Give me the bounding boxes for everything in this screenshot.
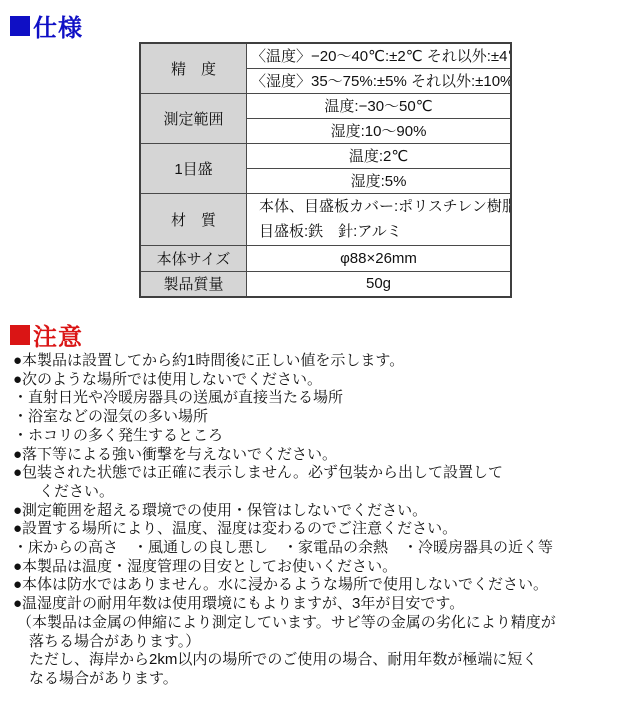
spec-table: 精 度 〈温度〉−20〜40℃:±2℃ それ以外:±4℃ 〈湿度〉35〜75%:… (139, 42, 512, 298)
notice-line: ・浴室などの湿気の多い場所 (13, 408, 635, 427)
table-row: 測定範囲 温度:−30〜50℃ (140, 93, 511, 118)
notice-line: ●測定範囲を超える環境での使用・保管はしないでください。 (13, 502, 635, 521)
notice-line: （本製品は金属の伸縮により測定しています。サビ等の金属の劣化により精度が (13, 614, 635, 633)
spec-value-weight: 50g (247, 271, 512, 297)
notice-section-heading: 注意 (10, 317, 83, 352)
notice-line: なる場合があります。 (13, 670, 635, 689)
notice-line: ●落下等による強い衝撃を与えないでください。 (13, 446, 635, 465)
spec-value-range-humidity: 湿度:10〜90% (247, 118, 512, 143)
spec-value-graduation-temp: 温度:2℃ (247, 143, 512, 168)
table-row: 製品質量 50g (140, 271, 511, 297)
notice-heading-label: 注意 (33, 317, 83, 352)
spec-value-body-size: φ88×26mm (247, 245, 512, 271)
spec-value-material-line1: 本体、目盛板カバー:ポリスチレン樹脂 (259, 194, 506, 219)
notice-line: ●本体は防水ではありません。水に浸かるような場所で使用しないでください。 (13, 576, 635, 595)
spec-value-material: 本体、目盛板カバー:ポリスチレン樹脂 目盛板:鉄 針:アルミ (247, 193, 512, 245)
notice-line: ・直射日光や冷暖房器具の送風が直接当たる場所 (13, 389, 635, 408)
spec-label-material: 材 質 (140, 193, 247, 245)
notice-line: ●本製品は温度・湿度管理の目安としてお使いください。 (13, 558, 635, 577)
spec-section-heading: 仕様 (10, 8, 83, 43)
spec-value-accuracy-temp: 〈温度〉−20〜40℃:±2℃ それ以外:±4℃ (247, 43, 512, 68)
spec-label-range: 測定範囲 (140, 93, 247, 143)
notice-line: ただし、海岸から2km以内の場所でのご使用の場合、耐用年数が極端に短く (13, 651, 635, 670)
notice-line: ●包装された状態では正確に表示しません。必ず包装から出して設置して (13, 464, 635, 483)
spec-value-range-temp: 温度:−30〜50℃ (247, 93, 512, 118)
notice-line: ●本製品は設置してから約1時間後に正しい値を示します。 (13, 352, 635, 371)
spec-value-material-line2: 目盛板:鉄 針:アルミ (259, 219, 506, 244)
spec-value-graduation-humidity: 湿度:5% (247, 168, 512, 193)
spec-label-body-size: 本体サイズ (140, 245, 247, 271)
notice-line: ●設置する場所により、温度、湿度は変わるのでご注意ください。 (13, 520, 635, 539)
spec-heading-label: 仕様 (33, 8, 83, 43)
notice-line: ください。 (13, 483, 635, 502)
table-row: 本体サイズ φ88×26mm (140, 245, 511, 271)
spec-label-graduation: 1目盛 (140, 143, 247, 193)
spec-label-accuracy: 精 度 (140, 43, 247, 93)
notice-line: ●次のような場所では使用しないでください。 (13, 371, 635, 390)
spec-value-accuracy-humidity: 〈湿度〉35〜75%:±5% それ以外:±10% (247, 68, 512, 93)
table-row: 精 度 〈温度〉−20〜40℃:±2℃ それ以外:±4℃ (140, 43, 511, 68)
notice-list: ●本製品は設置してから約1時間後に正しい値を示します。 ●次のような場所では使用… (13, 352, 635, 689)
notice-line: ・ホコリの多く発生するところ (13, 427, 635, 446)
notice-line: ・床からの高さ ・風通しの良し悪し ・家電品の余熱 ・冷暖房器具の近く等 (13, 539, 635, 558)
notice-line: ●温湿度計の耐用年数は使用環境にもよりますが、3年が目安です。 (13, 595, 635, 614)
spec-label-weight: 製品質量 (140, 271, 247, 297)
table-row: 材 質 本体、目盛板カバー:ポリスチレン樹脂 目盛板:鉄 針:アルミ (140, 193, 511, 245)
blue-square-icon (10, 16, 30, 36)
table-row: 1目盛 温度:2℃ (140, 143, 511, 168)
notice-line: 落ちる場合があります。） (13, 633, 635, 652)
red-square-icon (10, 325, 30, 345)
